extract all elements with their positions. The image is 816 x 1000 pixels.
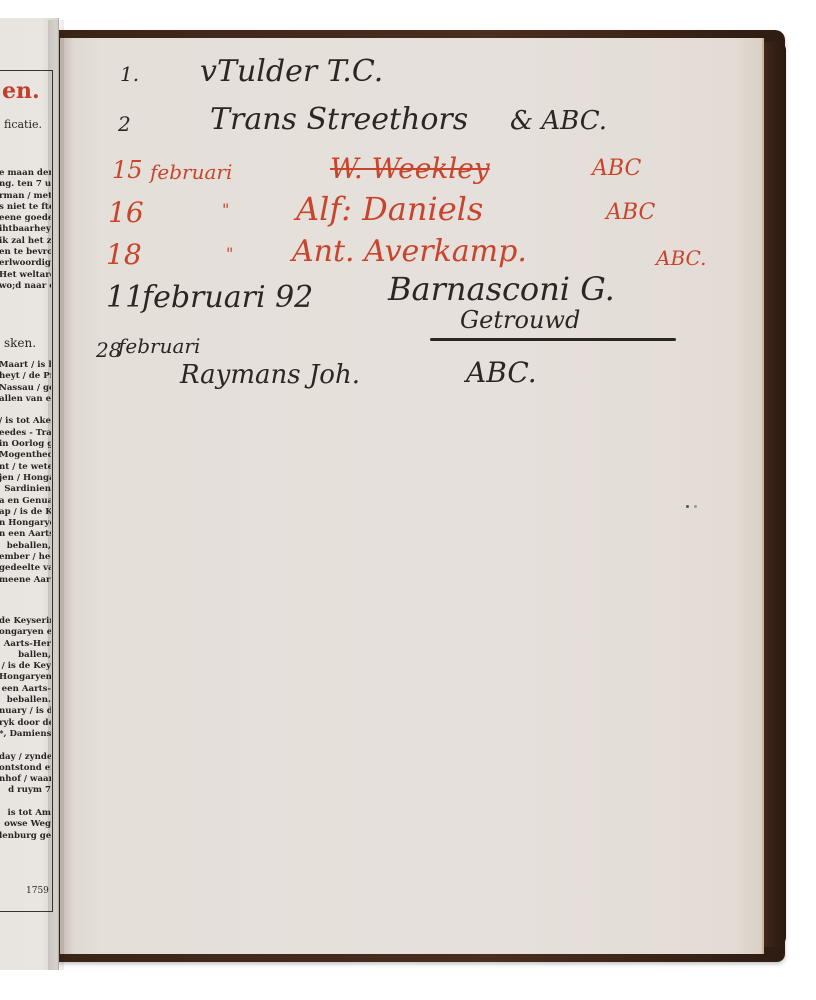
entry-4-note: ABC	[606, 200, 655, 225]
entry-4-number: 16	[108, 196, 144, 229]
entry-3-note: ABC	[592, 156, 641, 181]
entry-5-note: ABC.	[656, 246, 706, 270]
entry-3-date: februari	[150, 160, 232, 184]
entry-4-date: "	[222, 200, 229, 219]
ink-speck	[686, 505, 689, 508]
entry-4-name: Alf: Daniels	[296, 190, 483, 228]
page-subheading: ficatie.	[4, 118, 42, 131]
entry-2-note: & ABC.	[510, 106, 607, 136]
entry-3-number: 15	[112, 156, 143, 184]
text-block-1: e maan dender ng. ten 7 ur. 2 rman / met…	[0, 168, 51, 292]
entry-6-underline	[430, 338, 676, 341]
entry-5-name: Ant. Averkamp.	[292, 234, 527, 269]
text-block-3: de Keyserin ongaryen en Aarts-Her ballen…	[0, 616, 51, 842]
page-heading: en.	[2, 78, 40, 104]
entry-1-name: vTulder T.C.	[200, 54, 383, 89]
entry-7-name: Raymans Joh.	[180, 360, 360, 390]
entry-6-date: februari 92	[142, 280, 313, 315]
ink-speck	[694, 505, 697, 508]
page-number: 1759	[26, 886, 49, 896]
entry-6-name: Barnasconi G.	[388, 270, 615, 308]
spine	[48, 20, 64, 970]
entry-5-number: 18	[106, 238, 142, 271]
entry-6-number: 11	[106, 280, 144, 315]
entry-6-note: Getrouwd	[460, 306, 580, 334]
section-heading: sken.	[4, 336, 36, 350]
entry-5-date: "	[226, 244, 233, 263]
entry-2-name: Trans Streethors	[210, 102, 468, 137]
entry-3-name: W. Weekley	[330, 152, 490, 185]
text-block-2: Maart / is haar heyt / de Prin Nassau / …	[0, 360, 51, 586]
entry-1-number: 1.	[120, 62, 139, 86]
entry-2-number: 2	[118, 112, 131, 136]
entry-7-note: ABC.	[466, 356, 537, 389]
entry-7-date: februari	[118, 334, 200, 358]
